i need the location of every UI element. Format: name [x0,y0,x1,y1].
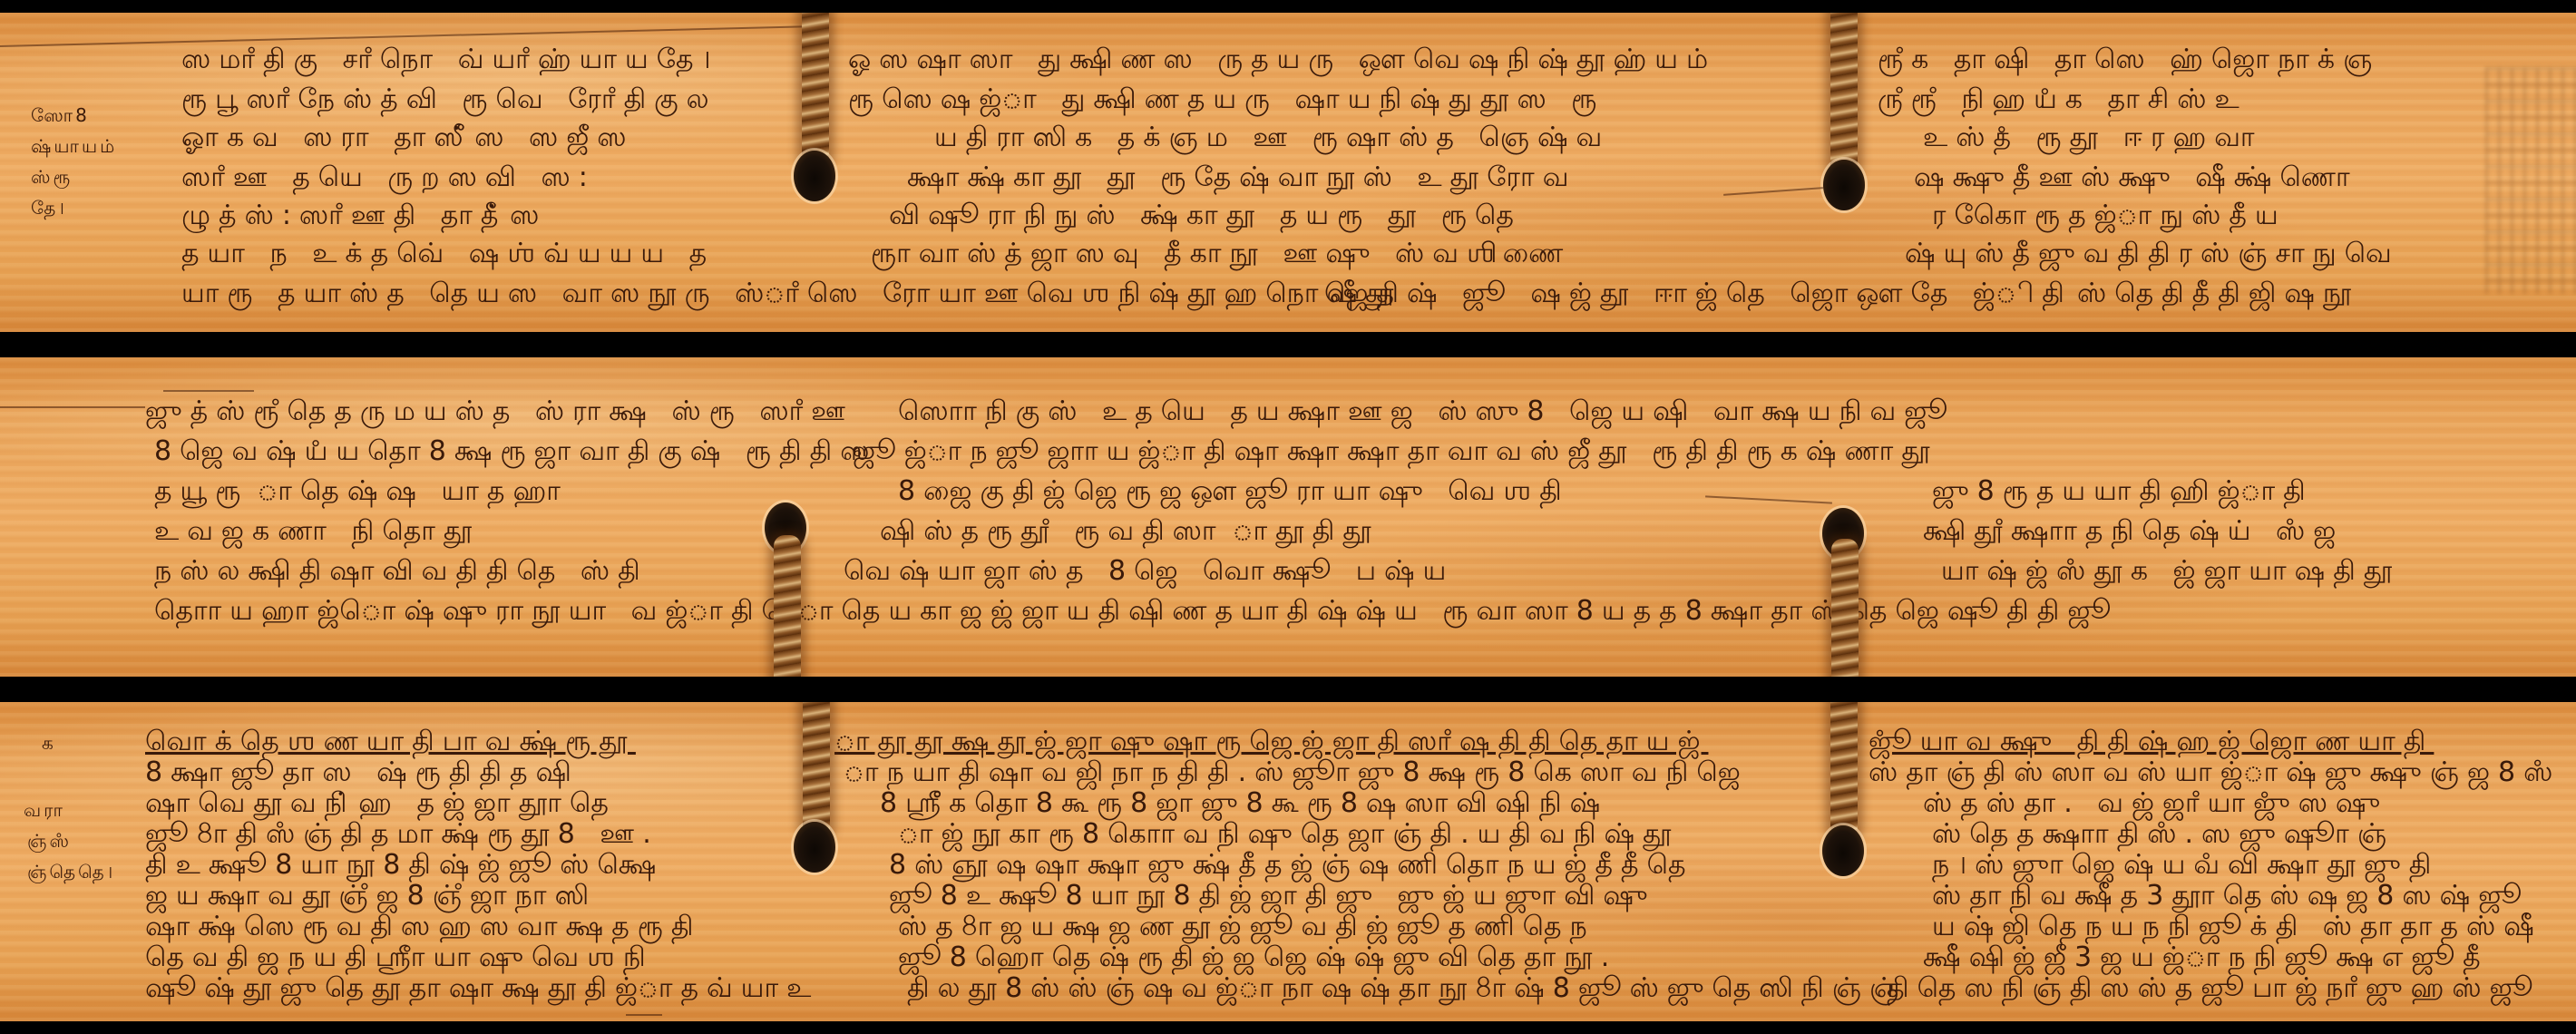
text-line: ரூஸெஷஜ்ா துக்ஷிணதயரு ஷாயநிஷ்துதூஸ ரூ [848,82,1605,118]
ruled-line [163,390,254,392]
text-line: ஓஸஷாஸா துக்ஷிணஸ ருதயரு ஔவெஷநிஷ்தூஹ்யம் [848,42,1716,78]
text-line: நஸ்லக்ஷிதிஷாவிவதிதிதெ ஸ்தி [154,553,649,590]
binding-cord [802,13,829,167]
palm-leaf-3: க வரா ஞ்ஸஂ ஞ்தெதெ। வொக்தெஶணயாதிபாவக்ஷ்ரூ… [0,702,2576,1021]
palm-leaf-1: ஸோ8 ஷ்யாயம் ஸ்ரூ தே। ஸமாஂதிகு சாஂநொ வ்யா… [0,13,2576,332]
text-line: ழுத்ஸ்:ஸாஂஊதி தாதீ்ஸ [181,198,547,234]
text-line: யாரூ தயாஸ்த தெயஸ வாஸநூரு ஸ்ாஂஸெ ரோயாஊவெஶ… [181,276,1402,312]
text-line: ஸமாஂதிகு சாஂநொ வ்யாஂஹ்யாயதே। [181,42,718,78]
margin-line: வரா [24,795,115,825]
binding-cord [1830,702,1858,838]
text-line: க்ஷிதூஂக்ஷாாதநிதெஷ்ய் ஸஂஜ [1923,513,2344,550]
text-line: விஷூராநிநுஸ் க்ஷ்காதூ தயரூ தூ ரூதெ [889,198,1522,234]
binding-cord [1830,13,1858,176]
faded-stamp-mark [2485,67,2576,294]
text-line: ஷூஷ்தூஜுதெதூதாஷாக்ஷதூதிஜ்ாதவ்யாஉ [145,971,819,1007]
separator-band [0,1021,2576,1034]
margin-note: க வரா ஞ்ஸஂ ஞ்தெதெ। [42,727,115,887]
text-line: 8ஜைகுதிஜ்ஜெரூஜஔஜூராயாஷு வெஶதி [898,473,1570,510]
text-line: ஓாகவ ஸரா தாஸீ்ஸ ஸஜீஸ [181,120,635,156]
ruled-line [0,406,145,408]
text-line: ாதெயகாஜஜ்ஜாயதிஷிணதயாதிஷ்ஷ்ய ரூவாஸா8யதத8க… [798,593,2119,629]
string-hole [1822,825,1864,876]
text-line: திலதூ8ஸ்ஸ்ஞ்ஷவஜ்ாநாஷஷ்தாநூ8ாஷ்8ஜூஸ்ஜுதெஸ… [907,971,1907,1007]
text-line: யதிராஸிக தக்ஞம ஊ ரூஷாஸ்த ஞெஷ்வ [934,120,1610,156]
text-line: ஷிஸ்தரூதூஂ ரூவதிஸா ாதூதிதூ [880,513,1380,550]
text-line: க்ஷாக்ஷ்காதூ தூ ரூதேஷ்வாநூஸ் உதூரோவ [907,160,1576,196]
margin-line: க [42,727,115,758]
ruled-line [1723,187,1823,196]
margin-line: ஸோ8 [31,100,117,131]
text-line: ஜுத்ஸ்ரூஂதெதருமயஸ்த ஸ்ராக்ஷ ஸ்ரூ ஸாஂஊ [145,394,854,430]
ruled-line [1705,495,1832,503]
text-line: ஜெதிஷ் ஜூ ஷஜ்தூ ஈாஜ்தெ ஜொஔதே ஜ்ிதி [1324,276,2073,312]
margin-line: தே। [31,192,117,223]
text-line: உவஜகணா நிதொதூ [154,513,481,550]
text-line: ரகெோரூதஜ்ாநுஸ்தீய [1932,198,2287,234]
margin-line: ஞ்தெதெ। [27,856,115,887]
text-line: ரூாவாஸ்த்ஜாஸவு தீகாநூ ஊஷு ஸ்வஶிணை [871,236,1571,272]
separator-band [0,677,2576,702]
text-line: ஸொாநிகுஸ் உதயெ தயக்ஷாஊஜ ஸ்ஸு8 ஜெயஷி வாக்… [898,394,1956,430]
text-line: ஸ்தெதிதீதிஜிஷநூ [2077,276,2359,312]
binding-cord [803,702,830,838]
separator-band [0,332,2576,357]
separator-band [0,0,2576,13]
text-line: வெஷ்யாஜாஸ்த 8ஜெ வொக்ஷூ பஷ்ய [844,553,1454,590]
text-line: உஸ்தஂ ரூதூ ஈரஹவா [1923,120,2263,156]
binding-cord [774,535,801,677]
margin-line: ஸ்ரூ [31,161,117,192]
text-line: தயூரூ ாதெஷ்ஷ யாதஹா [154,473,569,510]
margin-note: ஸோ8 ஷ்யாயம் ஸ்ரூ தே। [31,100,117,223]
margin-line: ஞ்ஸஂ [27,825,115,856]
text-line: ஜு8ரூதயயாதிஹிஜ்ாதி [1932,473,2314,510]
text-line: ஷக்ஷுதீஊஸ்க்ஷு ஷீக்ஷ்ணொ [1914,160,2358,196]
text-line: ஷ்யுஸ்தீஜுவதிதிரஸ்ஞ்சாநுவெ [1905,236,2400,272]
text-line: தயா ந உக்தவெ் ஷஶ்வ்யயய த [181,236,715,272]
string-hole [1823,160,1865,210]
binding-cord [1831,539,1859,677]
string-hole [794,822,835,873]
text-line: ஜூஜ்ாநஜூஜாாயஜ்ாதிஷாக்ஷாக்ஷாதாவாவஸ்ஜீதூ ர… [853,434,1938,470]
ruled-line [626,1014,662,1016]
text-line: யாஷ்ஜ்ஸஂதூக ஜ்ஜாயாஷதிதூ [1941,553,2400,590]
text-line: ருஂரூஂ நிஹயஂக தாசிஸ்உ [1878,82,2248,118]
text-line: 8ஜெவஷ்யஂயதொ8க்ஷரூஜாவாதிகுஷ் ரூதிதிஸ [154,434,877,470]
palm-leaf-2: ஜுத்ஸ்ரூஂதெதருமயஸ்த ஸ்ராக்ஷ ஸ்ரூ ஸாஂஊ 8ஜ… [0,357,2576,677]
text-line: திதெஸநிஞ்திஸஸ்தஜூபாஜ்நாஂஜுஹஸ்ஜூ [1887,971,2541,1007]
text-line: ரூஂக தாஷி தாஸெ ஹ்ஜொநாக்ஞ [1878,42,2380,78]
text-line: ஸாஂஊ தயெ ருறஸவி ஸ: [181,160,596,196]
text-line: ரூபூஸாஂநேஸ்த்வி ரூவெ ரோஂதிகுல [181,82,717,118]
margin-line: ஷ்யாயம் [31,131,117,161]
string-hole [794,151,835,201]
text-line: தொாயஹாஜ்ொஷ்ஷுராநூயா வஜ்ாதிதெ [154,593,808,629]
